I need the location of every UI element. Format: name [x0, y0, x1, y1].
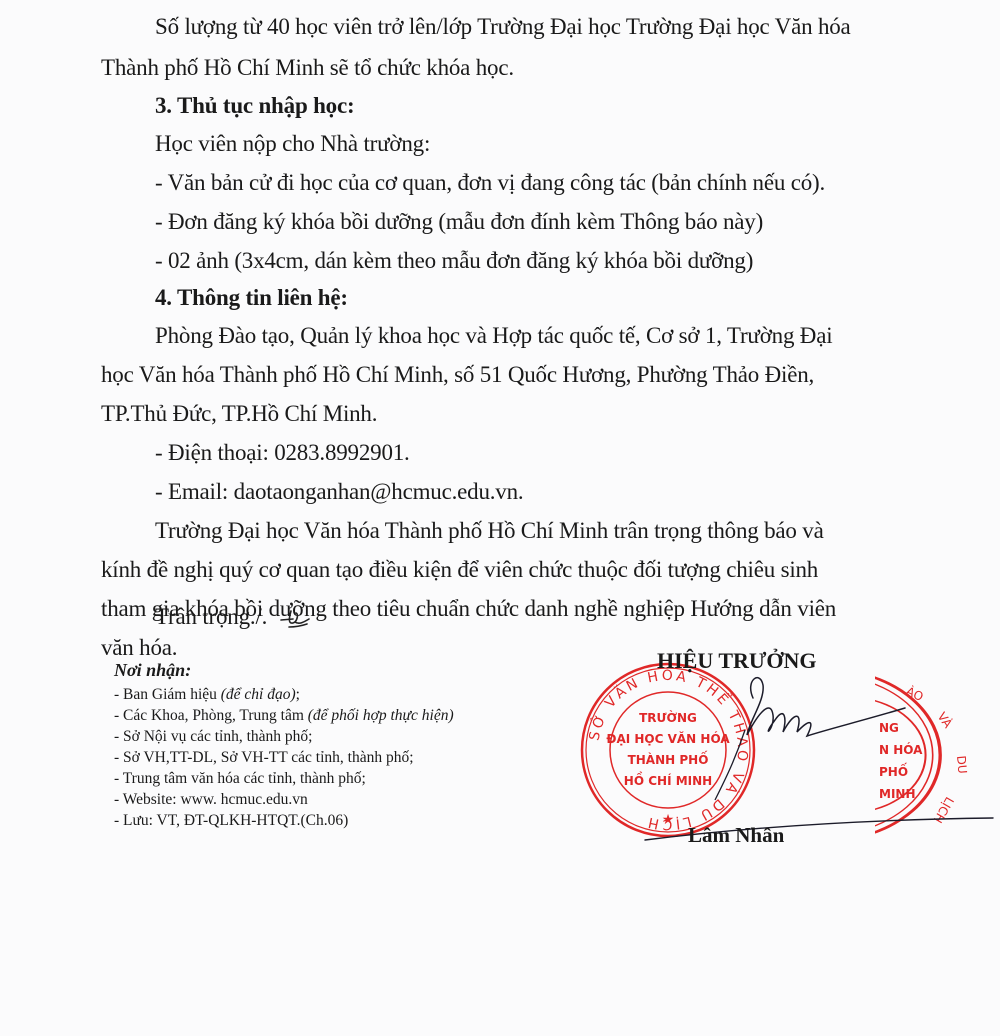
signer-name: Lâm Nhân: [688, 823, 784, 848]
paragraph-line: học Văn hóa Thành phố Hồ Chí Minh, số 51…: [101, 362, 814, 388]
recipients-list: Nơi nhận: - Ban Giám hiệu (để chỉ đạo); …: [114, 660, 454, 831]
section-heading-admission: 3. Thủ tục nhập học:: [155, 93, 354, 119]
document-page: Số lượng từ 40 học viên trở lên/lớp Trườ…: [0, 0, 1000, 1036]
signer-role: HIỆU TRƯỞNG: [657, 648, 817, 674]
signature-block: HIỆU TRƯỞNG SỞ VĂN HÓA THỂ THAO VÀ DU LỊ…: [575, 640, 1000, 860]
closing-text: Trân trọng./.: [155, 604, 267, 629]
paragraph-line: Phòng Đào tạo, Quản lý khoa học và Hợp t…: [155, 323, 832, 349]
initials-mark-icon: [279, 608, 313, 630]
paragraph-line: Học viên nộp cho Nhà trường:: [155, 131, 430, 157]
paragraph-line: Số lượng từ 40 học viên trở lên/lớp Trườ…: [155, 14, 851, 40]
paragraph-line: Thành phố Hồ Chí Minh sẽ tổ chức khóa họ…: [101, 55, 514, 81]
paragraph-line: Trường Đại học Văn hóa Thành phố Hồ Chí …: [155, 518, 824, 544]
recipient-item: - Các Khoa, Phòng, Trung tâm (để phối hợ…: [114, 705, 454, 726]
paragraph-line: kính đề nghị quý cơ quan tạo điều kiện đ…: [101, 557, 818, 583]
section-heading-contact: 4. Thông tin liên hệ:: [155, 285, 348, 311]
paragraph-line: văn hóa.: [101, 635, 177, 661]
list-item: - Đơn đăng ký khóa bồi dưỡng (mẫu đơn đí…: [155, 209, 763, 235]
contact-phone: - Điện thoại: 0283.8992901.: [155, 440, 410, 466]
recipient-item: - Website: www. hcmuc.edu.vn: [114, 789, 454, 810]
recipient-item: - Lưu: VT, ĐT-QLKH-HTQT.(Ch.06): [114, 810, 454, 831]
recipient-item: - Ban Giám hiệu (để chỉ đạo);: [114, 684, 454, 705]
list-item: - 02 ảnh (3x4cm, dán kèm theo mẫu đơn đă…: [155, 248, 753, 274]
paragraph-line: TP.Thủ Đức, TP.Hồ Chí Minh.: [101, 401, 377, 427]
recipient-item: - Sở VH,TT-DL, Sở VH-TT các tỉnh, thành …: [114, 747, 454, 768]
recipient-item: - Trung tâm văn hóa các tỉnh, thành phố;: [114, 768, 454, 789]
recipients-title: Nơi nhận:: [114, 660, 454, 681]
recipient-item: - Sở Nội vụ các tỉnh, thành phố;: [114, 726, 454, 747]
contact-email: - Email: daotaonganhan@hcmuc.edu.vn.: [155, 479, 523, 505]
closing-line: Trân trọng./.: [155, 604, 313, 630]
list-item: - Văn bản cử đi học của cơ quan, đơn vị …: [155, 170, 825, 196]
